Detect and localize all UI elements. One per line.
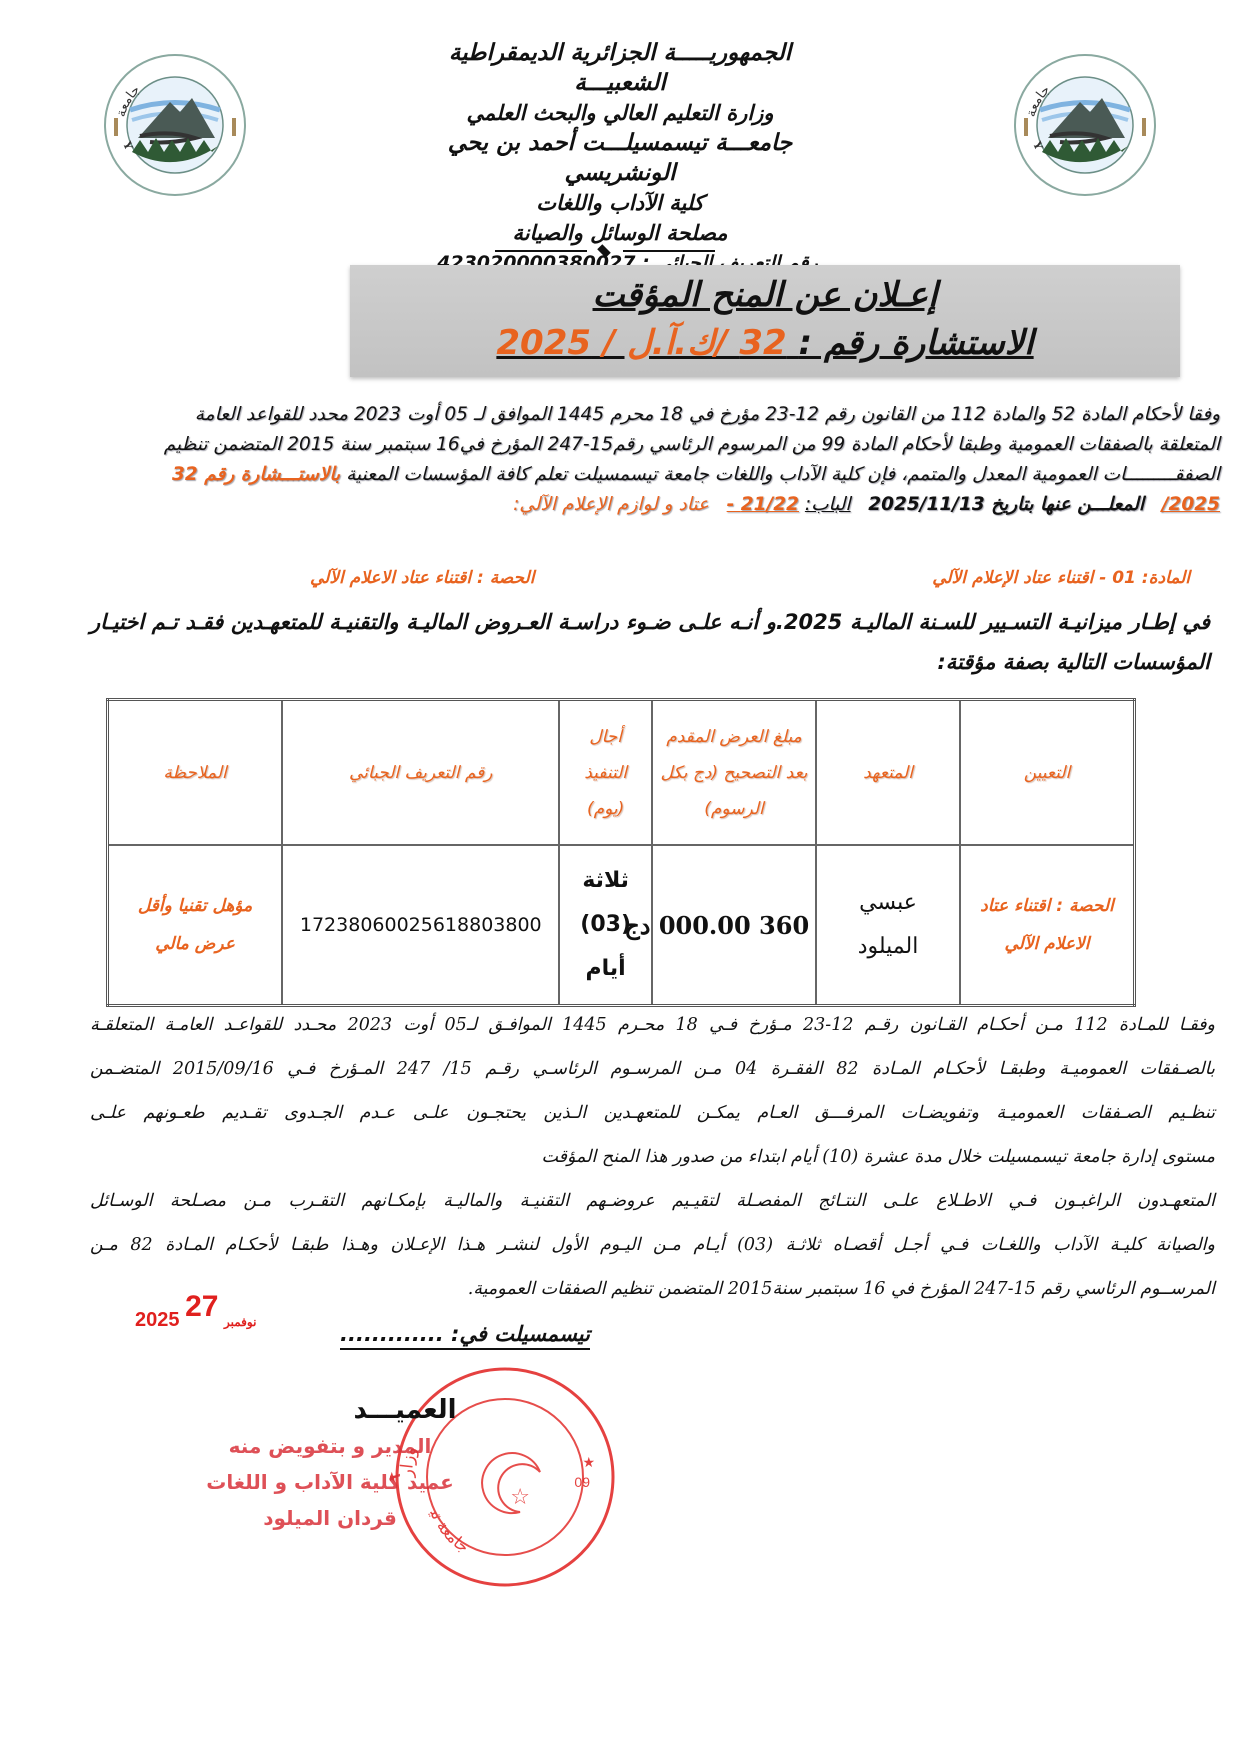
provisional-award-table: التعيين المتعهد مبلغ العرض المقدم بعد ال… bbox=[106, 698, 1136, 1007]
chapter-value: 21/22 - bbox=[727, 494, 799, 515]
ministry-name: وزارة التعليم العالي والبحث العلمي bbox=[400, 98, 840, 128]
subject-line: المادة: 01 - اقتناء عتاد الإعلام الآلي ا… bbox=[110, 568, 1190, 596]
column-header-amount: مبلغ العرض المقدم بعد التصحيح (دج بكل ال… bbox=[652, 700, 816, 846]
place-date-label: تيسمسيلت في: ............. bbox=[340, 1322, 590, 1350]
column-header-designation: التعيين bbox=[960, 700, 1135, 846]
subject-lot: الحصة : اقتناء عتاد الاعلام الآلي bbox=[310, 568, 534, 588]
diamond-divider-icon bbox=[495, 245, 715, 257]
paragraph-line: المتعهـدون الراغبـون فـي الاطـلاع علـى ا… bbox=[90, 1179, 1215, 1223]
faculty-name: كلية الآداب واللغات bbox=[400, 188, 840, 218]
date-day: 27 bbox=[185, 1290, 218, 1323]
appeal-paragraph: وفقـا للمـادة 112 مـن أحكـام القـانون رق… bbox=[90, 1003, 1215, 1311]
svg-text:09: 09 bbox=[574, 1474, 590, 1490]
announcement-banner: إعـلان عن المنح المؤقت الاستشارة رقم : 3… bbox=[350, 265, 1180, 377]
document-page: TISSEMSILT UNIVERSITY جامعة تيسمسيلت TIS… bbox=[0, 0, 1240, 1754]
cell-bidder: عبسي الميلود bbox=[816, 845, 960, 1006]
paragraph-line: وفقا لأحكام المادة 52 والمادة 112 من الق… bbox=[95, 400, 1220, 430]
cell-amount: 360 000.00 دج bbox=[652, 845, 816, 1006]
cell-tax-id: 17238060025618803800 bbox=[282, 845, 559, 1006]
date-stamp: 2025 نوفمبر 27 bbox=[135, 1300, 345, 1334]
dean-title: العميـــد bbox=[340, 1395, 470, 1425]
delegation-stamp: المدير و بتفويض منه عميد كلية الآداب و ا… bbox=[180, 1428, 480, 1536]
chapter-title: عتاد و لوازم الإعلام الآلي: bbox=[513, 494, 709, 515]
paragraph-line: مستوى إدارة جامعة تيسمسيلت خلال مدة عشرة… bbox=[90, 1135, 1215, 1179]
consultation-ref-label: الاستشارة رقم : bbox=[799, 323, 1034, 363]
institution-header: الجمهوريـــــة الجزائرية الديمقراطية الش… bbox=[400, 38, 840, 278]
column-header-tax-id: رقم التعريف الجبائي bbox=[282, 700, 559, 846]
selection-intro: في إطـار ميزانيـة التسـيير للسـنة المالي… bbox=[90, 602, 1210, 682]
legal-basis-paragraph: وفقا لأحكام المادة 52 والمادة 112 من الق… bbox=[95, 400, 1220, 520]
tissemsilt-university-logo-icon: TISSEMSILT UNIVERSITY جامعة تيسمسيلت bbox=[1010, 50, 1160, 200]
paragraph-line: بالصـفقات العموميـة وطبقـا لأحكـام المـا… bbox=[90, 1047, 1215, 1091]
column-header-note: الملاحظة bbox=[108, 700, 283, 846]
column-header-duration: أجال التنفيذ (يوم) bbox=[559, 700, 651, 846]
chapter-label: الباب: bbox=[805, 494, 851, 515]
date-month: نوفمبر bbox=[224, 1315, 256, 1329]
announcement-title: إعـلان عن المنح المؤقت bbox=[350, 271, 1180, 319]
university-name: جامعـــة تيسمسيلـــت أحمد بن يحي الونشري… bbox=[400, 128, 840, 188]
svg-text:☆: ☆ bbox=[510, 1485, 530, 1510]
university-logo-right: TISSEMSILT UNIVERSITY جامعة تيسمسيلت bbox=[1010, 50, 1160, 200]
column-header-bidder: المتعهد bbox=[816, 700, 960, 846]
paragraph-line: تنظـيم الصـفقات العموميـة وتفويضـات المر… bbox=[90, 1091, 1215, 1135]
cell-designation: الحصة : اقتناء عتاد الاعلام الآلي bbox=[960, 845, 1135, 1006]
consultation-reference: الاستشارة رقم : 32 /ك.آ.ل / 2025 bbox=[350, 319, 1180, 367]
paragraph-line: الصفقـــــــــات العمومية المعدل والمتمم… bbox=[95, 460, 1220, 490]
svg-text:★: ★ bbox=[582, 1455, 595, 1471]
date-year: 2025 bbox=[135, 1309, 180, 1331]
table-row: الحصة : اقتناء عتاد الاعلام الآلي عبسي ا… bbox=[108, 845, 1135, 1006]
announcement-date: المعلـــن عنها بتاريخ 2025/11/13 bbox=[868, 494, 1144, 515]
consultation-ref-value: 32 /ك.آ.ل / 2025 bbox=[496, 323, 786, 363]
table-header-row: التعيين المتعهد مبلغ العرض المقدم بعد ال… bbox=[108, 700, 1135, 846]
republic-name: الجمهوريـــــة الجزائرية الديمقراطية الش… bbox=[400, 38, 840, 98]
consultation-highlight: بالاستـــشارة رقم 32 bbox=[172, 464, 340, 485]
service-name: مصلحة الوسائل والصيانة bbox=[400, 218, 840, 248]
consultation-year: 2025/ bbox=[1162, 494, 1220, 515]
cell-note: مؤهل تقنيا وأقل عرض مالي bbox=[108, 845, 283, 1006]
paragraph-line: المتعلقة بالصفقات العمومية وطبقا لأحكام … bbox=[95, 430, 1220, 460]
tissemsilt-university-logo-icon: TISSEMSILT UNIVERSITY جامعة تيسمسيلت bbox=[100, 50, 250, 200]
paragraph-line: وفقـا للمـادة 112 مـن أحكـام القـانون رق… bbox=[90, 1003, 1215, 1047]
paragraph-line: والصيانة كليـة الآداب واللغـات فـي أجـل … bbox=[90, 1223, 1215, 1267]
paragraph-line: 2025/ المعلـــن عنها بتاريخ 2025/11/13 ا… bbox=[95, 490, 1220, 520]
university-logo-left: TISSEMSILT UNIVERSITY جامعة تيسمسيلت bbox=[100, 50, 250, 200]
subject-item: المادة: 01 - اقتناء عتاد الإعلام الآلي bbox=[932, 568, 1190, 588]
